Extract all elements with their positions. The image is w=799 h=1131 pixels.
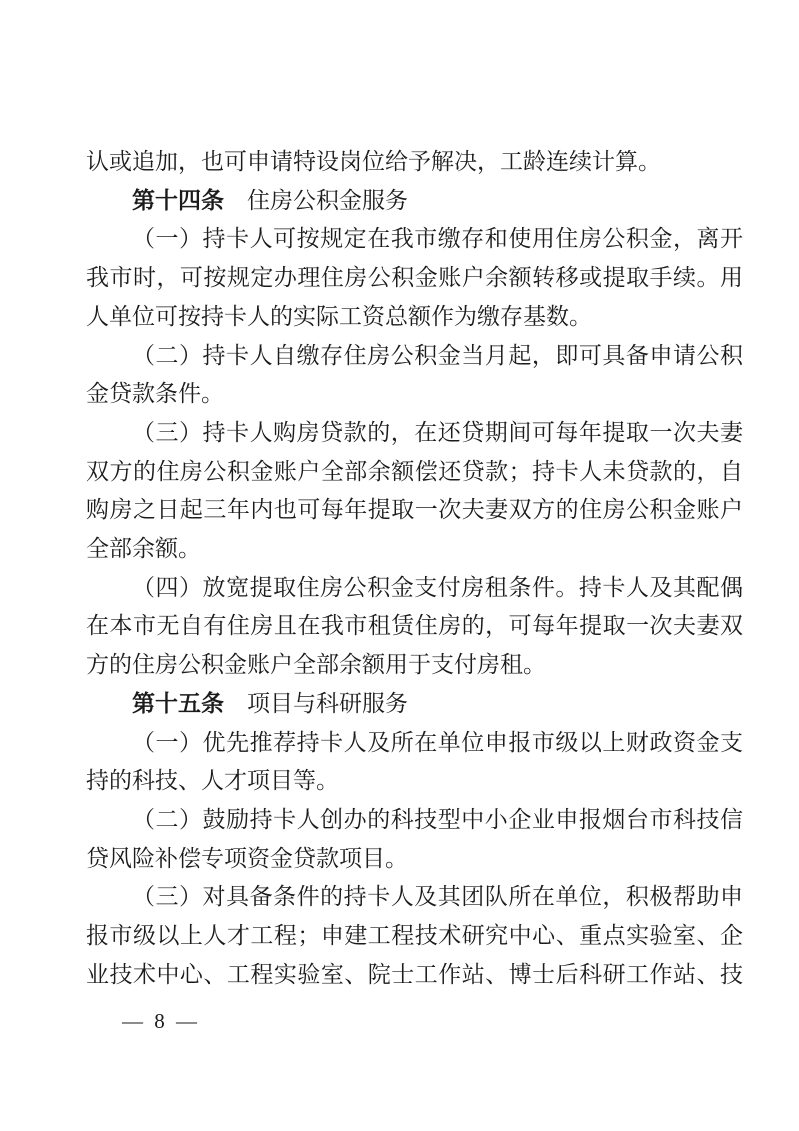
text-line: 双方的住房公积金账户全部余额偿还贷款；持卡人未贷款的，自 <box>86 453 743 492</box>
text-line: （二）持卡人自缴存住房公积金当月起，即可具备申请公积 <box>86 337 743 376</box>
article-heading: 第十五条项目与科研服务 <box>86 685 743 724</box>
text-line: 认或追加，也可申请特设岗位给予解决，工龄连续计算。 <box>86 143 743 182</box>
article-heading: 第十四条住房公积金服务 <box>86 182 743 221</box>
text-line: （三）对具备条件的持卡人及其团队所在单位，积极帮助申 <box>86 878 743 917</box>
text-line: （四）放宽提取住房公积金支付房租条件。持卡人及其配偶 <box>86 569 743 608</box>
text-line: （三）持卡人购房贷款的，在还贷期间可每年提取一次夫妻 <box>86 414 743 453</box>
text-line: 全部余额。 <box>86 530 743 569</box>
text-line: 持的科技、人才项目等。 <box>86 762 743 801</box>
article-number: 第十四条 <box>132 188 224 213</box>
document-body: 认或追加，也可申请特设岗位给予解决，工龄连续计算。第十四条住房公积金服务（一）持… <box>86 143 743 994</box>
text-line: 购房之日起三年内也可每年提取一次夫妻双方的住房公积金账户 <box>86 491 743 530</box>
page-number: — 8 — <box>122 1006 200 1036</box>
document-page: 认或追加，也可申请特设岗位给予解决，工龄连续计算。第十四条住房公积金服务（一）持… <box>0 0 799 1131</box>
article-number: 第十五条 <box>132 691 224 716</box>
text-line: 方的住房公积金账户全部余额用于支付房租。 <box>86 646 743 685</box>
text-line: 在本市无自有住房且在我市租赁住房的，可每年提取一次夫妻双 <box>86 607 743 646</box>
text-line: 金贷款条件。 <box>86 375 743 414</box>
text-line: （一）持卡人可按规定在我市缴存和使用住房公积金，离开 <box>86 220 743 259</box>
text-line: 报市级以上人才工程；申建工程技术研究中心、重点实验室、企 <box>86 917 743 956</box>
text-line: 贷风险补偿专项资金贷款项目。 <box>86 840 743 879</box>
text-line: 人单位可按持卡人的实际工资总额作为缴存基数。 <box>86 298 743 337</box>
article-title: 住房公积金服务 <box>247 188 408 213</box>
text-line: （一）优先推荐持卡人及所在单位申报市级以上财政资金支 <box>86 724 743 763</box>
text-line: 我市时，可按规定办理住房公积金账户余额转移或提取手续。用 <box>86 259 743 298</box>
text-line: 业技术中心、工程实验室、院士工作站、博士后科研工作站、技 <box>86 956 743 995</box>
article-title: 项目与科研服务 <box>247 691 408 716</box>
text-line: （二）鼓励持卡人创办的科技型中小企业申报烟台市科技信 <box>86 801 743 840</box>
